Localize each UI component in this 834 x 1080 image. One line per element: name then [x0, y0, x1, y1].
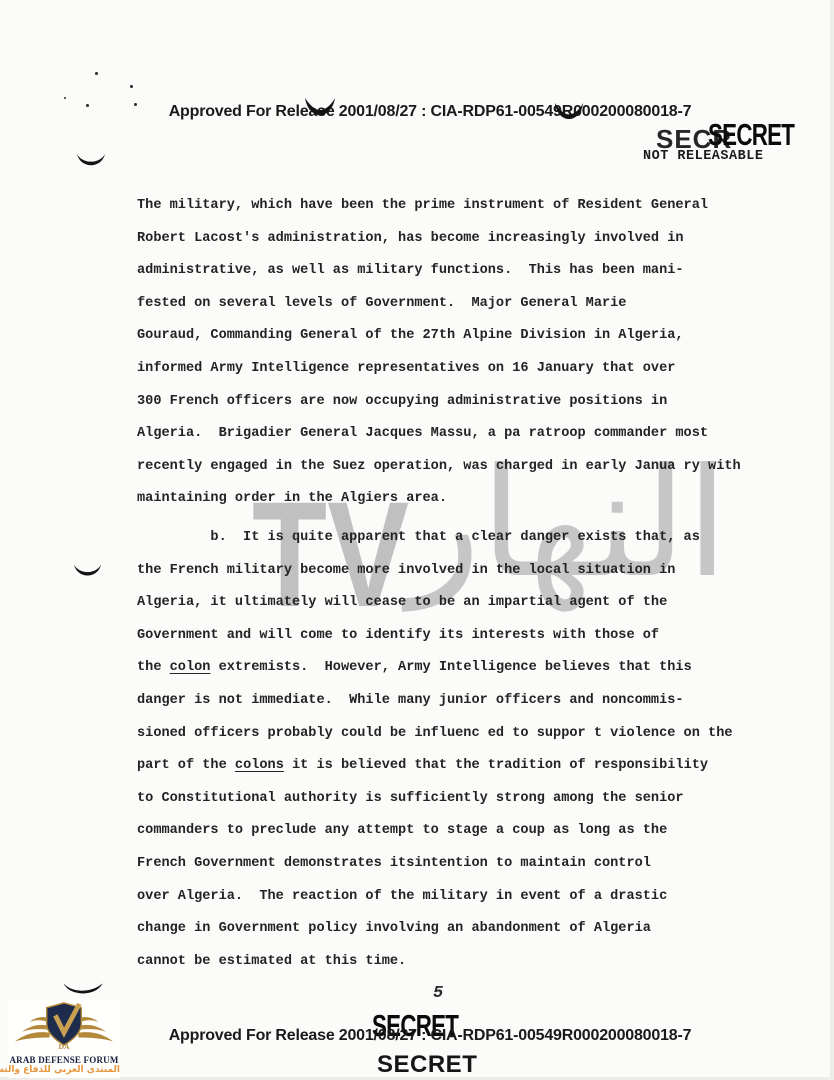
not-releasable-label: NOT RELEASABLE	[643, 149, 763, 164]
arab-defense-forum-logo: DA ARAB DEFENSE FORUM المنتدى العربي للد…	[8, 1000, 120, 1078]
typewritten-line: to Constitutional authority is sufficien…	[137, 783, 757, 816]
punch-hole-mark	[76, 149, 106, 172]
svg-text:DA: DA	[58, 1042, 70, 1050]
typewritten-line: over Algeria. The reaction of the milita…	[137, 881, 757, 914]
typewritten-line: The military, which have been the prime …	[137, 190, 757, 223]
typewritten-line: administrative, as well as military func…	[137, 255, 757, 288]
scan-speck	[134, 103, 137, 106]
punch-hole-mark	[552, 102, 586, 120]
secret-stamp-header: SECRET	[708, 117, 794, 153]
typewritten-line: Robert Lacost's administration, has beco…	[137, 223, 757, 256]
typewritten-line: sioned officers probably could be influe…	[137, 718, 757, 751]
punch-hole-mark	[62, 981, 104, 998]
typewritten-line: change in Government policy involving an…	[137, 913, 757, 946]
scan-edge	[830, 0, 834, 1080]
typewritten-line: French Government demonstrates itsintent…	[137, 848, 757, 881]
punch-hole-mark	[73, 558, 102, 584]
scan-speck	[86, 104, 89, 107]
header-approval-line: Approved For Release 2001/08/27 : CIA-RD…	[110, 103, 750, 121]
scan-speck	[95, 72, 98, 75]
typewritten-line: fested on several levels of Government. …	[137, 288, 757, 321]
scan-speck	[130, 85, 133, 88]
typewritten-line: the colon extremists. However, Army Inte…	[137, 652, 757, 685]
typewritten-line: the French military become more involved…	[137, 555, 757, 588]
secret-classification-bottom: SECRET	[377, 1051, 477, 1079]
typewritten-line: recently engaged in the Suez operation, …	[137, 451, 757, 484]
typewritten-line: part of the colons it is believed that t…	[137, 750, 757, 783]
typewritten-line: Government and will come to identify its…	[137, 620, 757, 653]
punch-hole-mark	[303, 97, 337, 116]
typewritten-line: cannot be estimated at this time.	[137, 946, 757, 979]
document-page: TV النهار Approved For Release 2001/08/2…	[0, 0, 834, 1080]
typewritten-line: commanders to preclude any attempt to st…	[137, 815, 757, 848]
typewritten-line: danger is not immediate. While many juni…	[137, 685, 757, 718]
paragraph-a: The military, which have been the prime …	[137, 190, 757, 516]
logo-arabic-subtitle: المنتدى العربي للدفاع والتسليح	[8, 1065, 120, 1076]
typewritten-line: b. It is quite apparent that a clear dan…	[137, 522, 757, 555]
page-number: 5	[433, 984, 443, 1003]
typewritten-line: Gouraud, Commanding General of the 27th …	[137, 320, 757, 353]
footer-approval-line: Approved For Release 2001/08/27 : CIA-RD…	[110, 1027, 750, 1045]
typewritten-line: Algeria. Brigadier General Jacques Massu…	[137, 418, 757, 451]
logo-title: ARAB DEFENSE FORUM	[8, 1055, 120, 1065]
shield-wings-icon: DA	[9, 1000, 119, 1050]
typewritten-line: maintaining order in the Algiers area.	[137, 483, 757, 516]
typewritten-line: Algeria, it ultimately will cease to be …	[137, 587, 757, 620]
typewritten-line: informed Army Intelligence representativ…	[137, 353, 757, 386]
paragraph-b: b. It is quite apparent that a clear dan…	[137, 522, 757, 978]
typewritten-line: 300 French officers are now occupying ad…	[137, 386, 757, 419]
scan-speck	[64, 97, 66, 99]
